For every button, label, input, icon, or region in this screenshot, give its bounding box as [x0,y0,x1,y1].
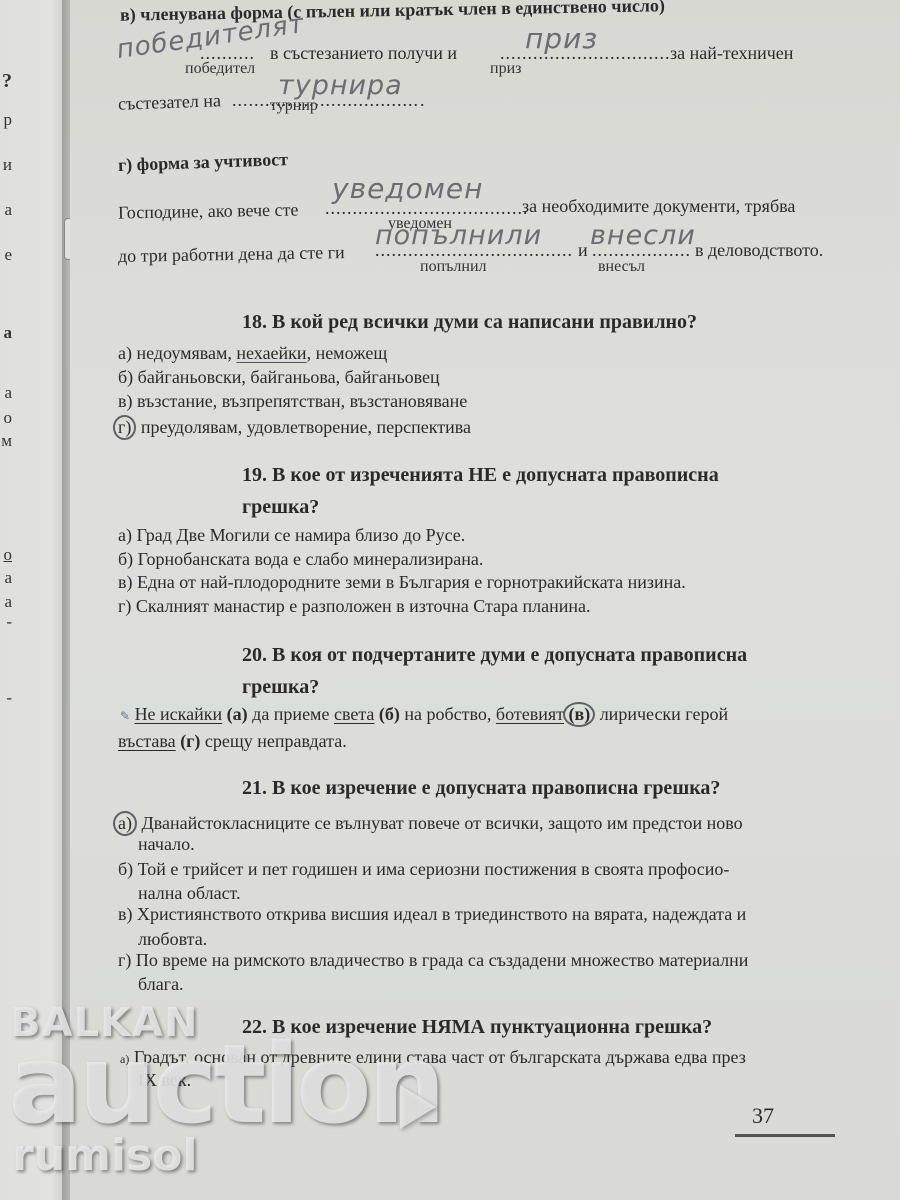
option-text-cont: любовта. [138,929,207,950]
q20-sentence-line2: въстава (г) срещу неправдата. [118,731,347,752]
section-v-line2-text: състезател на [118,90,222,115]
section-g-line2-end: в деловодството. [695,240,823,261]
handwritten-answer: внесли [590,220,696,251]
section-v-line1-text: в състезанието получи и [270,43,457,64]
option-text: Той е трийсет и пет годишен и има сериоз… [138,859,730,879]
question-19-title-line2: грешка? [242,492,319,522]
q20-sentence-line1: ✎ Не искайки (а) да приеме света (б) на … [120,702,728,727]
left-fragment: е [0,245,12,265]
option-label: в) [118,391,133,411]
hint-word: турнир [270,97,318,115]
hint-word: попълнил [420,258,487,276]
question-21-title: 21. В кое изречение е допусната правопис… [242,773,720,803]
option-label: б) [118,859,133,879]
left-fragment: а [0,323,12,343]
option-text: По време на римското владичество в града… [136,950,748,970]
left-fragment: м [0,431,12,451]
left-fragment: о [0,408,12,428]
option-text: Християнството открива висшия идеал в тр… [137,904,746,924]
q18-option-v[interactable]: в) възстание, възпрепятстван, възстановя… [118,391,467,412]
section-g-line1-end: за необходимите документи, трябва [522,196,795,217]
q19-option-v[interactable]: в) Една от най-плодородните земи в Бълга… [118,572,686,593]
option-text: възстание, възпрепятстван, възстановяван… [137,391,467,411]
option-text: Град Две Могили се намира близо до Русе. [136,525,465,545]
sentence-text: да приеме [252,704,329,724]
q21-option-g[interactable]: г) По време на римското владичество в гр… [118,950,748,971]
page-number-rule [735,1134,835,1137]
section-g-line1-text: Господине, ако вече сте [118,199,299,223]
option-text: Горнобанската вода е слабо минерализиран… [138,549,484,569]
left-fragment: а [0,568,12,588]
sentence-text: на робство, [404,704,491,724]
circled-answer-mark: г) [113,415,136,440]
left-fragment: а [0,592,12,612]
q21-option-v[interactable]: в) Християнството открива висшия идеал в… [118,904,746,925]
q19-option-b[interactable]: б) Горнобанската вода е слабо минерализи… [118,549,483,570]
watermark-auction: auction [8,1020,442,1148]
pen-mark-icon: ✎ [120,709,130,723]
left-fragment: р [0,110,12,130]
watermark-play-icon [400,1085,436,1129]
conjunction: и [578,240,588,261]
left-fragment: - [0,612,12,632]
period: . [420,90,425,111]
q18-option-b[interactable]: б) байганьовски, байганьова, байганьовец [118,367,440,388]
q21-option-b[interactable]: б) Той е трийсет и пет годишен и има сер… [118,859,729,880]
hint-word: приз [490,60,521,78]
section-g-line2-text: до три работни дена да сте ги [118,242,345,267]
left-fragment: - [0,688,12,708]
watermark-rumisol: rumisol [12,1130,197,1181]
option-label: в) [118,572,133,592]
circled-answer-mark: а) [113,811,137,836]
option-text: Скалният манастир е разположен в източна… [136,596,591,616]
option-text: байганьовски, байганьова, байганьовец [138,367,440,387]
option-label: а) [118,525,132,545]
underlined-word[interactable]: въстава [118,731,176,751]
option-label: б) [118,367,133,387]
section-g-heading: г) форма за учтивост [118,149,289,176]
q19-option-g[interactable]: г) Скалният манастир е разположен в изто… [118,596,591,617]
marker-b: (б) [379,704,400,724]
left-fragment: а [0,383,12,403]
question-19-title-line1: 19. В кое от изреченията НЕ е допусната … [242,460,719,490]
left-fragment: и [0,155,12,175]
option-text: преудолявам, удовлетворение, перспектива [141,417,471,437]
q19-option-a[interactable]: а) Град Две Могили се намира близо до Ру… [118,525,465,546]
option-label: а) [118,343,132,363]
hint-word: внесъл [598,258,645,276]
sentence-text: срещу неправдата. [205,731,347,751]
page-number: 37 [752,1103,774,1129]
option-label: г) [118,596,131,616]
sentence-text: лирически герой [600,704,728,724]
q21-option-a[interactable]: а) Дванайстокласниците се вълнуват повеч… [118,811,743,836]
option-text-cont: нална област. [138,883,241,904]
option-text: Дванайстокласниците се вълнуват повече о… [141,813,742,833]
marker-a: (а) [227,704,248,724]
question-20-title-line1: 20. В коя от подчертаните думи е допусна… [242,640,747,670]
underlined-word[interactable]: Не искайки [135,704,223,724]
question-18-title: 18. В кой ред всички думи са написани пр… [242,307,697,337]
q18-option-g[interactable]: г) преудолявам, удовлетворение, перспект… [118,415,471,440]
option-text-cont: блага. [138,974,184,995]
option-label: в) [118,904,133,924]
underlined-word[interactable]: ботевият [496,704,564,724]
section-v-line1-end: за най-техничен [670,43,793,64]
left-fragment: о [0,545,12,565]
handwritten-answer: попълнили [375,220,542,251]
marker-g: (г) [180,731,200,751]
handwritten-answer: приз [525,22,598,55]
option-label: б) [118,549,133,569]
left-fragment: ? [0,70,12,93]
handwritten-answer: уведомен [332,172,483,205]
option-text: Една от най-плодородните земи в България… [137,572,686,592]
question-20-title-line2: грешка? [242,672,319,702]
underlined-word[interactable]: света [334,704,374,724]
hint-word: победител [185,60,255,78]
option-text-cont: начало. [138,834,195,855]
q18-option-a[interactable]: а) недоумявам, нехаейки, неможещ [118,343,387,364]
circled-answer-mark: (в) [563,702,595,727]
left-fragment: а [0,200,12,220]
option-label: г) [118,950,131,970]
